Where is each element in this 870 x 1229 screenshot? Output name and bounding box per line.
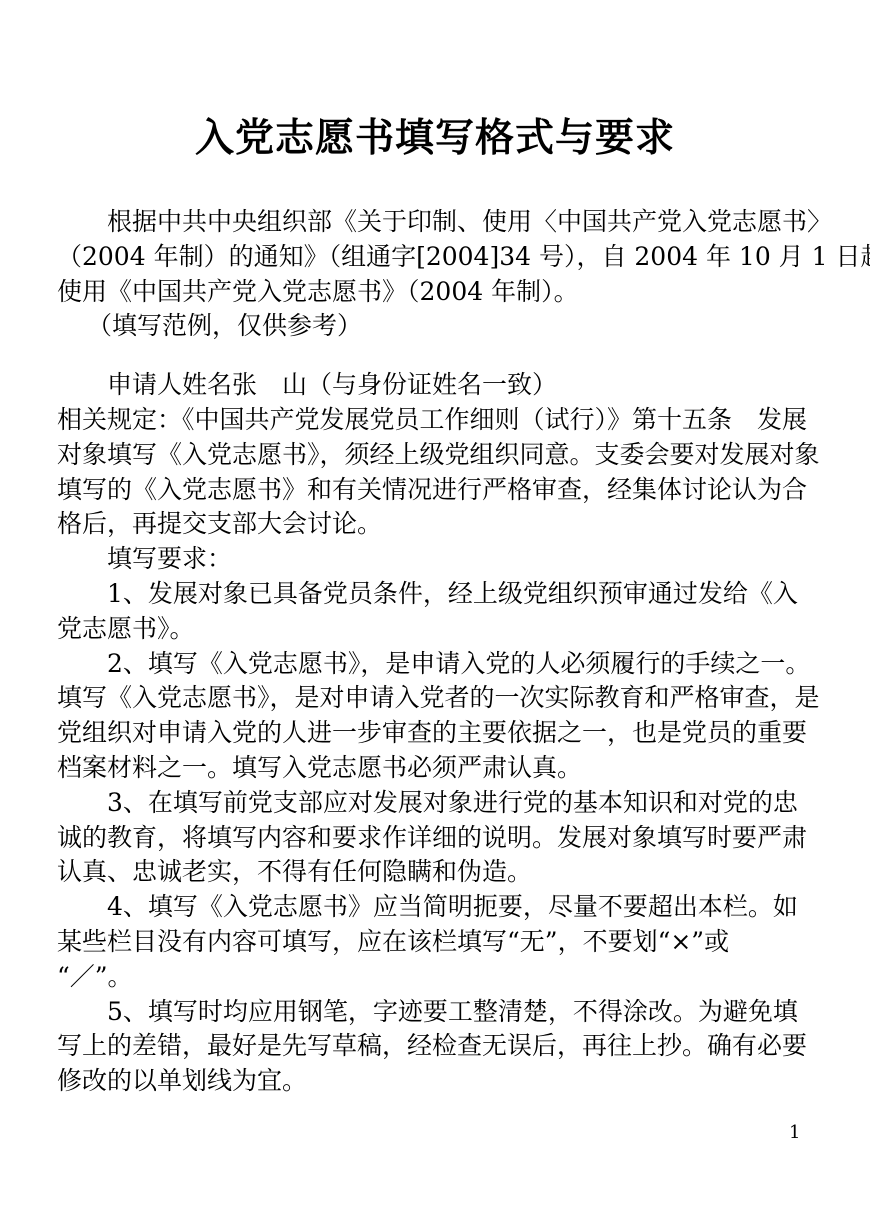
- text-line: 格后，再提交支部大会讨论。: [57, 507, 813, 542]
- text-line: “／”。: [57, 960, 813, 995]
- page-number: 1: [789, 1122, 800, 1144]
- text-line: 3、在填写前党支部应对发展对象进行党的基本知识和对党的忠: [57, 786, 813, 821]
- text-line: （2004 年制）的通知》（组通字[2004]34 号），自 2004 年 10…: [57, 240, 813, 275]
- document-page: 入党志愿书填写格式与要求 根据中共中央组织部《关于印制、使用〈中国共产党入党志愿…: [0, 0, 870, 1229]
- text-line: 根据中共中央组织部《关于印制、使用〈中国共产党入党志愿书〉: [57, 205, 813, 240]
- text-line: 使用《中国共产党入党志愿书》（2004 年制）。: [57, 275, 813, 310]
- text-line: 填写的《入党志愿书》和有关情况进行严格审查，经集体讨论认为合: [57, 473, 813, 508]
- text-line: 填写《入党志愿书》，是对申请入党者的一次实际教育和严格审查，是: [57, 681, 813, 716]
- document-body: 根据中共中央组织部《关于印制、使用〈中国共产党入党志愿书〉 （2004 年制）的…: [57, 205, 813, 1099]
- blank-line: [57, 344, 813, 368]
- text-line: 某些栏目没有内容可填写，应在该栏填写“无”，不要划“×”或: [57, 925, 813, 960]
- document-title: 入党志愿书填写格式与要求: [0, 112, 870, 164]
- text-line: 5、填写时均应用钢笔，字迹要工整清楚，不得涂改。为避免填: [57, 995, 813, 1030]
- text-line: 填写要求：: [57, 542, 813, 577]
- text-line: 申请人姓名张 山（与身份证姓名一致）: [57, 368, 813, 403]
- text-line: 对象填写《入党志愿书》，须经上级党组织同意。支委会要对发展对象: [57, 438, 813, 473]
- text-line: 2、填写《入党志愿书》，是申请入党的人必须履行的手续之一。: [57, 647, 813, 682]
- text-line: 档案材料之一。填写入党志愿书必须严肃认真。: [57, 751, 813, 786]
- text-line: 写上的差错，最好是先写草稿，经检查无误后，再往上抄。确有必要: [57, 1029, 813, 1064]
- text-line: 相关规定：《中国共产党发展党员工作细则（试行）》第十五条 发展: [57, 403, 813, 438]
- text-line: 1、发展对象已具备党员条件，经上级党组织预审通过发给《入: [57, 577, 813, 612]
- text-line: 4、填写《入党志愿书》应当简明扼要，尽量不要超出本栏。如: [57, 890, 813, 925]
- text-line: 党组织对申请入党的人进一步审查的主要依据之一，也是党员的重要: [57, 716, 813, 751]
- text-line: 诚的教育，将填写内容和要求作详细的说明。发展对象填写时要严肃: [57, 821, 813, 856]
- text-line: 认真、忠诚老实，不得有任何隐瞒和伪造。: [57, 855, 813, 890]
- text-line: 修改的以单划线为宜。: [57, 1064, 813, 1099]
- text-line: （填写范例，仅供参考）: [57, 309, 813, 344]
- text-line: 党志愿书》。: [57, 612, 813, 647]
